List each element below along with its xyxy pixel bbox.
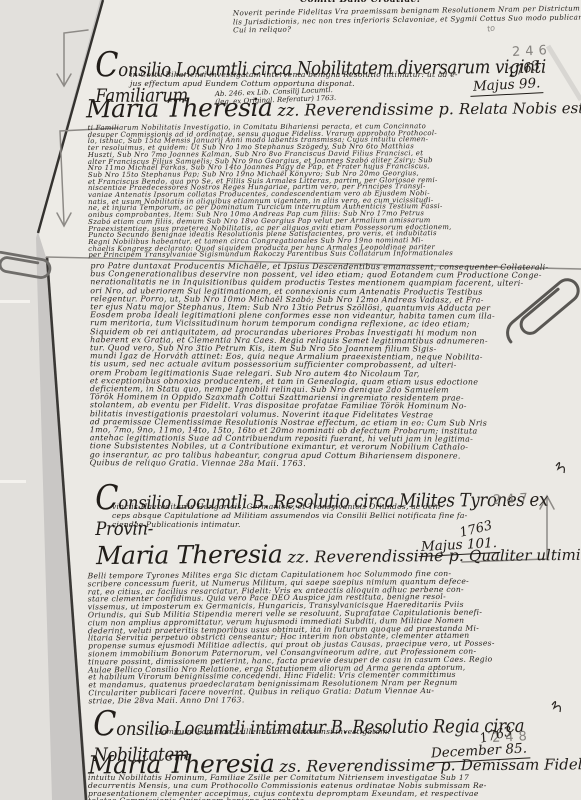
text-line: Hominum Familiae Zsille in Cottu Nittrie… bbox=[155, 728, 390, 737]
margin-number: 246 bbox=[512, 43, 553, 60]
salutation-incipit: Relata Nobis est, vigin- bbox=[459, 99, 581, 119]
margin-number: 247 bbox=[493, 491, 534, 508]
text-line: ciendae Publicationis intimatur. bbox=[112, 521, 467, 530]
fold-highlight bbox=[0, 300, 30, 303]
salutation-formula: zz. Reverendissime p. bbox=[272, 99, 459, 120]
previous-entry-center-line: Comiti Bano Croatiae. bbox=[300, 0, 420, 5]
body-text-lower: pro Patre duntaxat Producentis Michaële,… bbox=[90, 262, 549, 469]
royal-salutation: Maria Theresia zz. Reverendissime p. Qua… bbox=[96, 537, 581, 570]
body-text-upper: ti Familiarum Nobilitatis Investigatio, … bbox=[88, 123, 453, 259]
pencil-note-to: to bbox=[486, 23, 496, 33]
entry-subheading: in Cottu Bihariensi investigatam interve… bbox=[130, 71, 458, 89]
entry-subheading: Hominum Familiae Zsille in Cottu Nittrie… bbox=[155, 728, 390, 737]
fold-highlight bbox=[0, 480, 26, 483]
body-text: intuitu Nobilitatis Hominum, Familiae Zs… bbox=[88, 774, 487, 800]
body-text: Belli tempore Tyrones Milites erga Sic d… bbox=[88, 570, 496, 705]
salutation-formula: zz. Reverendissime p. bbox=[282, 546, 469, 567]
salutation-incipit: Qualiter ultimi bbox=[469, 546, 581, 565]
entry-subheading: vinciis Haereditariis Hungaricis, German… bbox=[112, 503, 467, 529]
ruler-name: Maria Theresia bbox=[96, 539, 283, 570]
ruler-name: Maria Theresia bbox=[86, 93, 273, 124]
previous-entry-fragment: Noverit perinde Fidelitas Vra praemissam… bbox=[233, 5, 578, 36]
salutation-incipit: Demissam Fidelitatum Vrae bbox=[461, 754, 581, 774]
text-line: Quibus de reliquo Gratia. Viennae 28a Ma… bbox=[90, 459, 548, 469]
scanned-document-page: Comiti Bano Croatiae. Noverit perinde Fi… bbox=[0, 0, 581, 800]
royal-salutation: Maria Theresia zz. Reverendissime p. Rel… bbox=[86, 90, 581, 124]
